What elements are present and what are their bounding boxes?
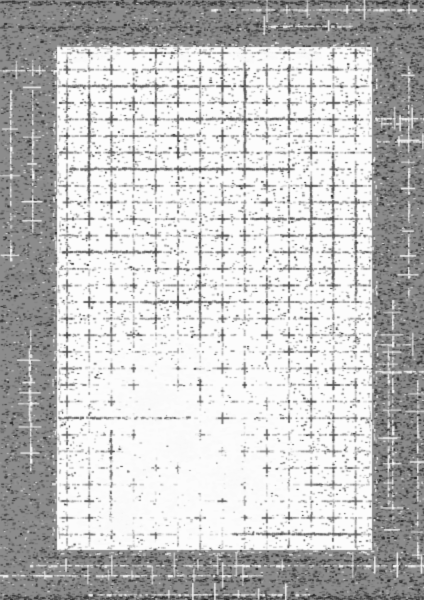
rug-product-image [0,0,424,600]
rug-texture-canvas [0,0,424,600]
